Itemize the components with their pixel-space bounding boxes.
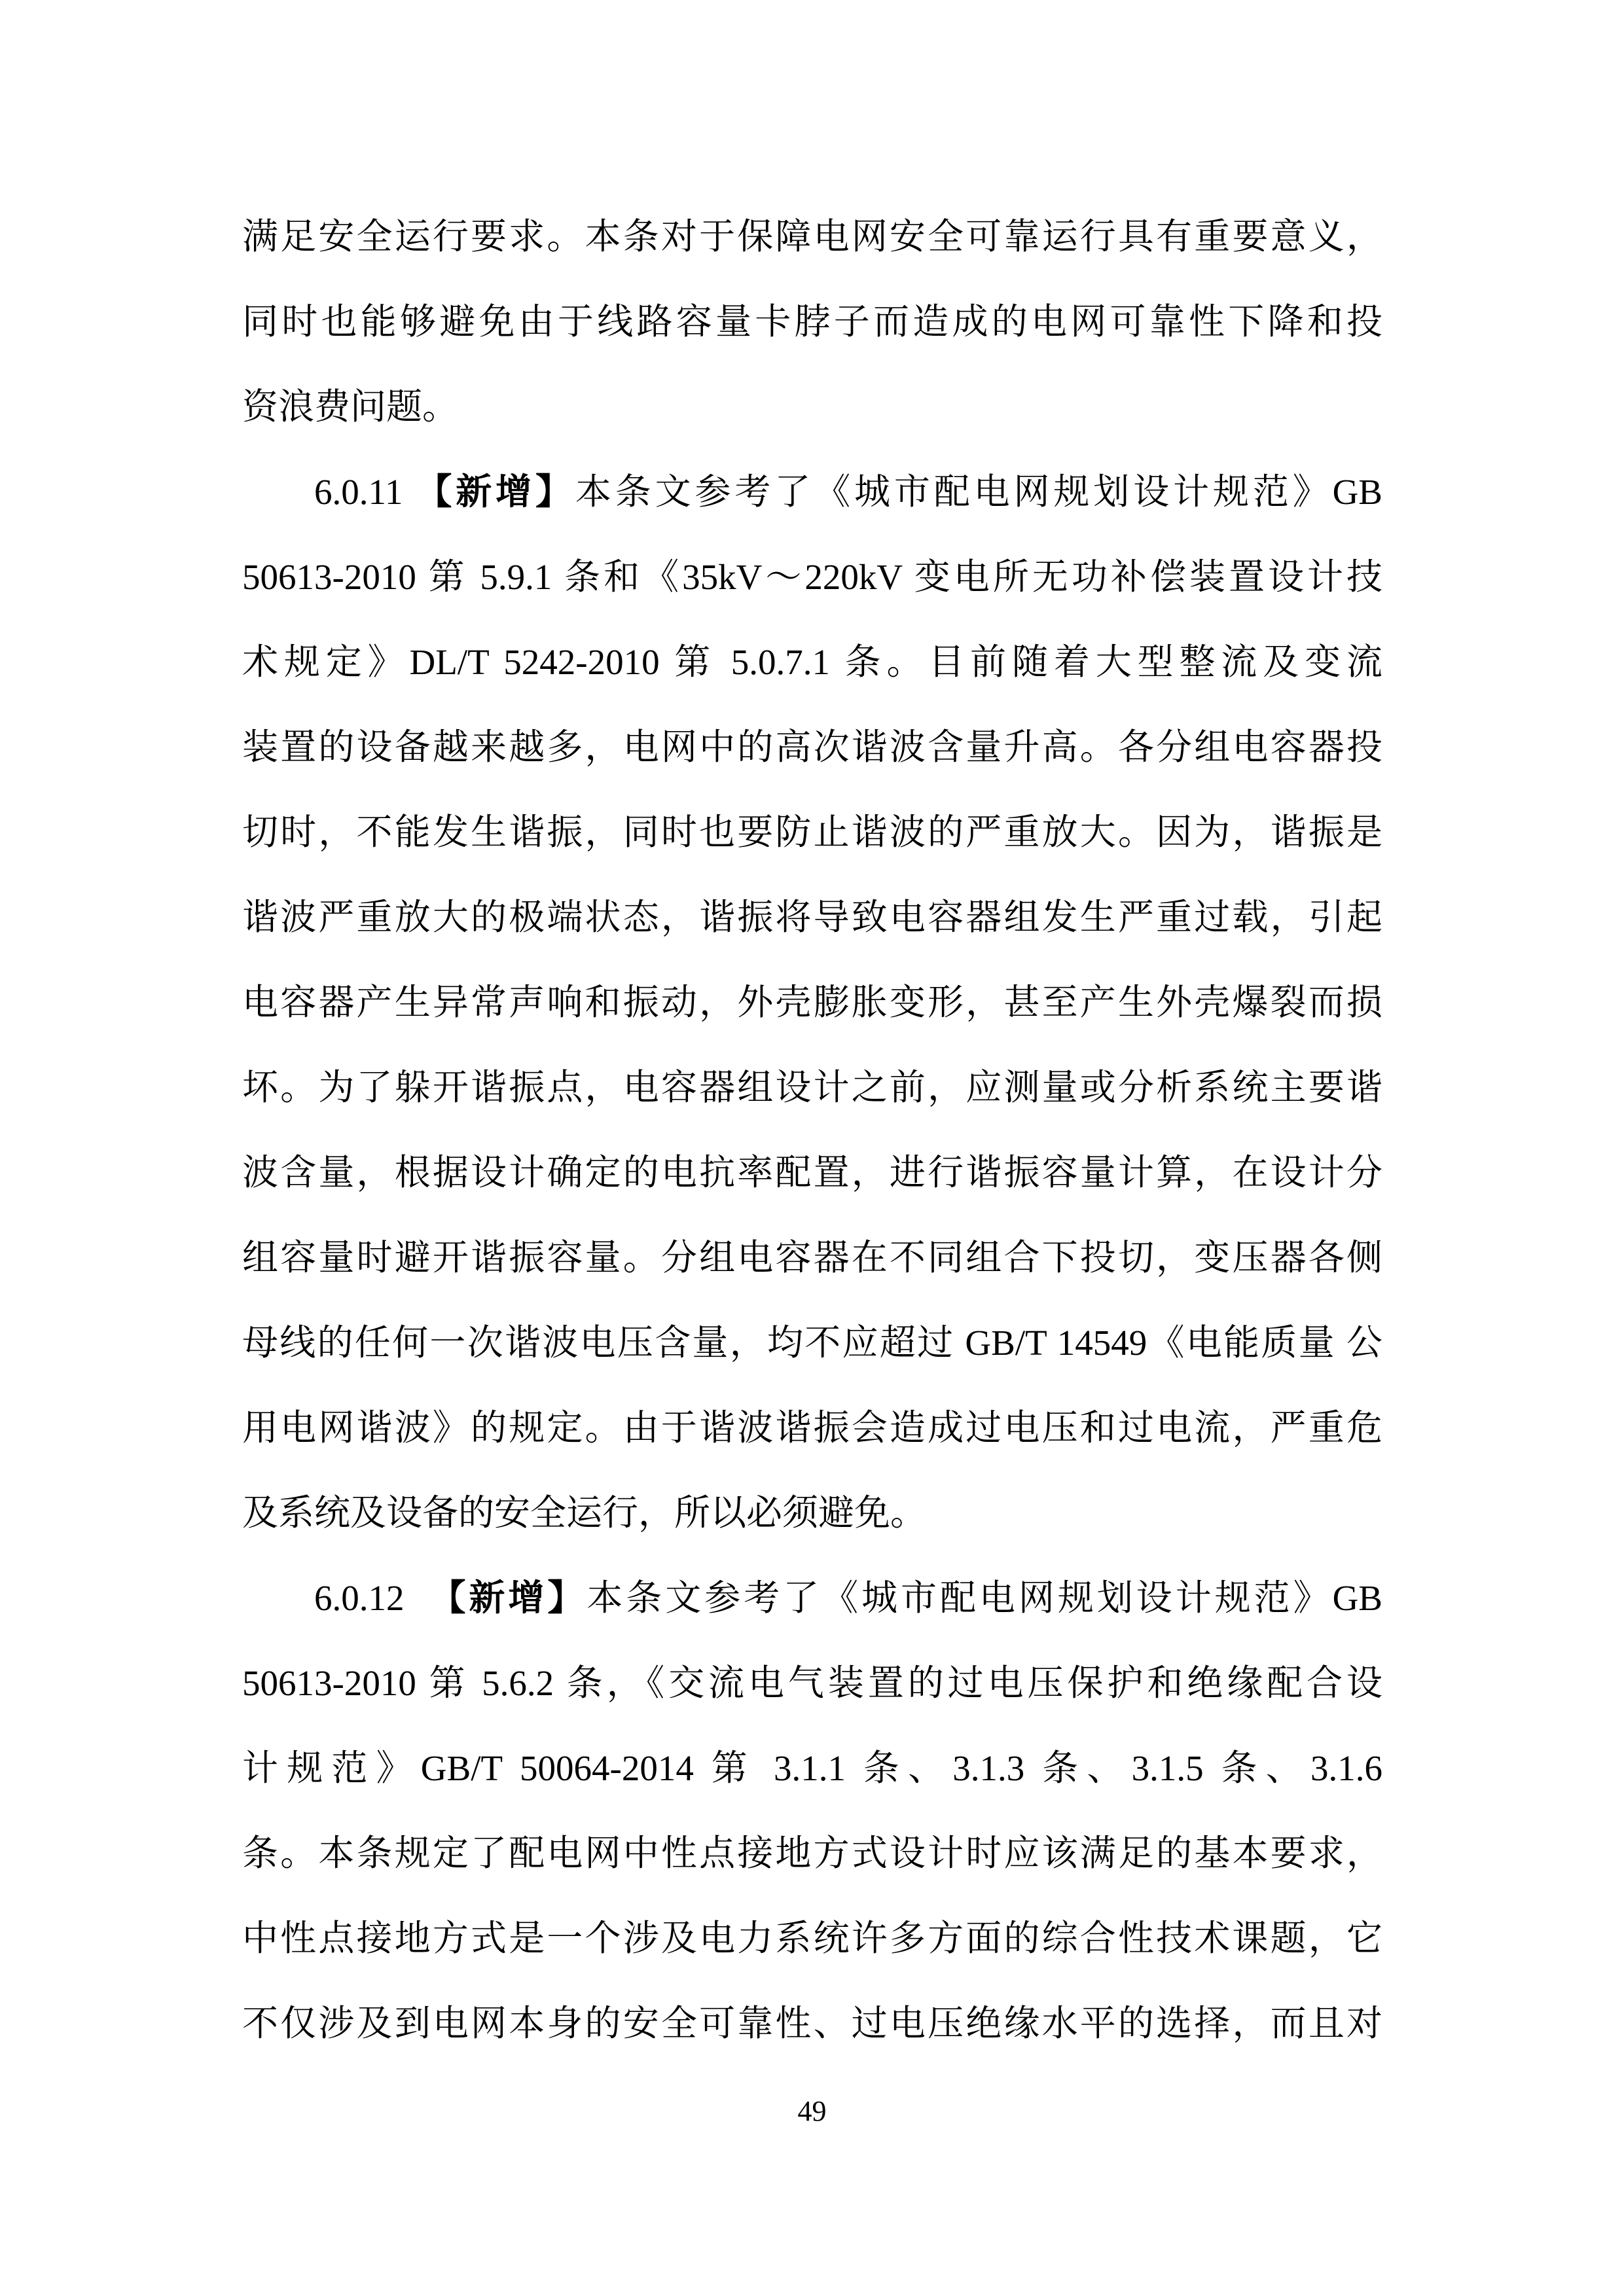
clause-6-0-12-heading-line: 6.0.12【新增】本条文参考了《城市配电网规划设计规范》GB [242, 1556, 1382, 1641]
clause-number: 6.0.11 [314, 472, 403, 512]
text-line-paragraph-end: 及系统及设备的安全运行，所以必须避免。 [242, 1471, 1382, 1556]
clause-text: 本条文参考了《城市配电网规划设计规范》GB [575, 472, 1382, 512]
text-line: 中性点接地方式是一个涉及电力系统许多方面的综合性技术课题，它 [242, 1896, 1382, 1981]
clause-6-0-11-heading-line: 6.0.11【新增】本条文参考了《城市配电网规划设计规范》GB [242, 450, 1382, 535]
page-body-text: 满足安全运行要求。本条对于保障电网安全可靠运行具有重要意义， 同时也能够避免由于… [242, 194, 1382, 2066]
text-line: 装置的设备越来越多，电网中的高次谐波含量升高。各分组电容器投 [242, 705, 1382, 790]
text-line: 组容量时避开谐振容量。分组电容器在不同组合下投切，变压器各侧 [242, 1215, 1382, 1300]
text-line: 不仅涉及到电网本身的安全可靠性、过电压绝缘水平的选择，而且对 [242, 1981, 1382, 2066]
text-line: 坏。为了躲开谐振点，电容器组设计之前，应测量或分析系统主要谐 [242, 1045, 1382, 1130]
page-number: 49 [798, 2095, 827, 2127]
text-line: 50613-2010 第 5.9.1 条和《35kV～220kV 变电所无功补偿… [242, 535, 1382, 620]
text-line: 用电网谐波》的规定。由于谐波谐振会造成过电压和过电流，严重危 [242, 1386, 1382, 1471]
new-clause-tag: 【新增】 [412, 472, 575, 512]
text-line-paragraph-end: 资浪费问题。 [242, 365, 1382, 450]
text-line: 切时，不能发生谐振，同时也要防止谐波的严重放大。因为，谐振是 [242, 790, 1382, 875]
text-line: 波含量，根据设计确定的电抗率配置，进行谐振容量计算，在设计分 [242, 1130, 1382, 1215]
text-line: 计规范》GB/T 50064-2014 第 3.1.1 条、3.1.3 条、3.… [242, 1726, 1382, 1811]
text-line: 条。本条规定了配电网中性点接地方式设计时应该满足的基本要求， [242, 1811, 1382, 1896]
clause-text: 本条文参考了《城市配电网规划设计规范》GB [586, 1578, 1382, 1618]
text-line: 50613-2010 第 5.6.2 条，《交流电气装置的过电压保护和绝缘配合设 [242, 1641, 1382, 1726]
document-page: 满足安全运行要求。本条对于保障电网安全可靠运行具有重要意义， 同时也能够避免由于… [0, 0, 1624, 2296]
text-line: 同时也能够避免由于线路容量卡脖子而造成的电网可靠性下降和投 [242, 279, 1382, 365]
text-line: 电容器产生异常声响和振动，外壳膨胀变形，甚至产生外壳爆裂而损 [242, 960, 1382, 1045]
clause-number: 6.0.12 [314, 1578, 405, 1618]
text-line: 谐波严重放大的极端状态，谐振将导致电容器组发生严重过载，引起 [242, 875, 1382, 960]
text-line: 满足安全运行要求。本条对于保障电网安全可靠运行具有重要意义， [242, 194, 1382, 279]
text-line: 术规定》DL/T 5242-2010 第 5.0.7.1 条。目前随着大型整流及… [242, 620, 1382, 705]
new-clause-tag: 【新增】 [427, 1578, 587, 1618]
page-footer: 49 [0, 2092, 1624, 2131]
text-line: 母线的任何一次谐波电压含量，均不应超过 GB/T 14549《电能质量 公 [242, 1300, 1382, 1386]
